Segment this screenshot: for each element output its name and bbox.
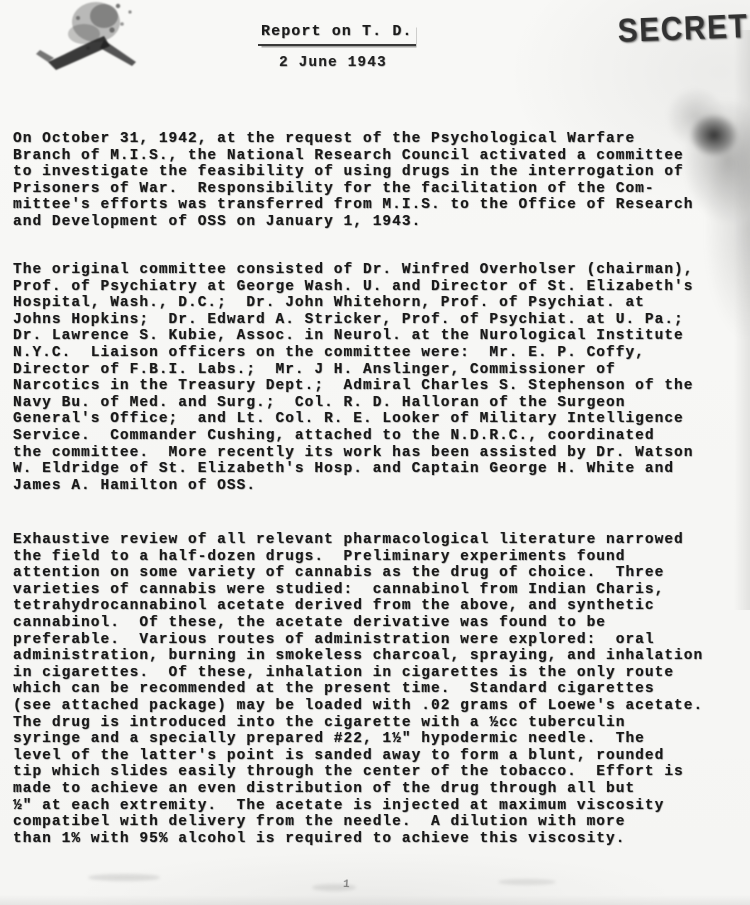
text-line: On October 31, 1942, at the request of t…: [13, 131, 694, 148]
text-line: than 1% with 95% alcohol is required to …: [13, 831, 703, 848]
text-line: cannabinol. Of these, the acetate deriva…: [13, 615, 703, 632]
paragraph-1: On October 31, 1942, at the request of t…: [13, 131, 694, 231]
text-line: The original committee consisted of Dr. …: [13, 262, 694, 279]
text-line: Prisoners of War. Responsibility for the…: [13, 181, 694, 198]
text-line: Navy Bu. of Med. and Surg.; Col. R. D. H…: [13, 395, 694, 412]
scan-streak-right-edge: [734, 30, 750, 610]
text-line: to investigate the feasibility of using …: [13, 164, 694, 181]
text-line: General's Office; and Lt. Col. R. E. Loo…: [13, 411, 694, 428]
scan-noise-speck: [88, 874, 160, 881]
ink-blot-mark: [18, 0, 188, 116]
text-line: Narcotics in the Treasury Dept.; Admiral…: [13, 378, 694, 395]
text-line: in cigarettes. Of these, inhalation in c…: [13, 665, 703, 682]
text-line: (see attached package) may be loaded wit…: [13, 698, 703, 715]
text-line: and Development of OSS on January 1, 194…: [13, 214, 694, 231]
scan-noise-bottom: [0, 895, 750, 905]
text-line: varieties of cannabis were studied: cann…: [13, 582, 703, 599]
text-line: Service. Commander Cushing, attached to …: [13, 428, 694, 445]
text-line: administration, burning in smokeless cha…: [13, 648, 703, 665]
text-line: Branch of M.I.S., the National Research …: [13, 148, 694, 165]
text-line: the field to a half-dozen drugs. Prelimi…: [13, 549, 703, 566]
text-line: the committee. More recently its work ha…: [13, 445, 694, 462]
text-line: Exhaustive review of all relevant pharma…: [13, 532, 703, 549]
page-number-mark: 1: [343, 879, 350, 891]
text-line: syringe and a specially prepared #22, 1½…: [13, 731, 703, 748]
document-date: 2 June 1943: [279, 55, 387, 72]
scanned-document-page: SECRET Report on T. D. 2 June 1943 On Oc…: [0, 0, 750, 905]
scan-noise-speck: [498, 879, 556, 885]
text-line: mittee's efforts was transferred from M.…: [13, 197, 694, 214]
text-line: The drug is introduced into the cigarett…: [13, 715, 703, 732]
text-line: compatibel with delivery from the needle…: [13, 814, 703, 831]
text-line: tip which slides easily through the cent…: [13, 764, 703, 781]
text-line: attention on some variety of cannabis as…: [13, 565, 703, 582]
paragraph-3: Exhaustive review of all relevant pharma…: [13, 532, 703, 847]
text-line: tetrahydrocannabinol acetate derived fro…: [13, 598, 703, 615]
text-line: James A. Hamilton of OSS.: [13, 478, 694, 495]
paragraph-2: The original committee consisted of Dr. …: [13, 262, 694, 494]
text-line: made to achieve an even distribution of …: [13, 781, 703, 798]
text-line: Johns Hopkins; Dr. Edward A. Stricker, P…: [13, 312, 694, 329]
document-title: Report on T. D.: [258, 23, 416, 46]
text-line: which can be recommended at the present …: [13, 681, 703, 698]
text-line: Prof. of Psychiatry at George Wash. U. a…: [13, 279, 694, 296]
text-line: ½" at each extremity. The acetate is inj…: [13, 798, 703, 815]
text-line: Hospital, Wash., D.C.; Dr. John Whitehor…: [13, 295, 694, 312]
text-line: preferable. Various routes of administra…: [13, 632, 703, 649]
secret-classification-stamp: SECRET: [617, 8, 749, 51]
text-line: N.Y.C. Liaison officers on the committee…: [13, 345, 694, 362]
text-line: Dr. Lawrence S. Kubie, Assoc. in Neurol.…: [13, 328, 694, 345]
text-line: level of the latter's point is sanded aw…: [13, 748, 703, 765]
text-line: Director of F.B.I. Labs.; Mr. J H. Ansli…: [13, 362, 694, 379]
text-line: W. Eldridge of St. Elizabeth's Hosp. and…: [13, 461, 694, 478]
